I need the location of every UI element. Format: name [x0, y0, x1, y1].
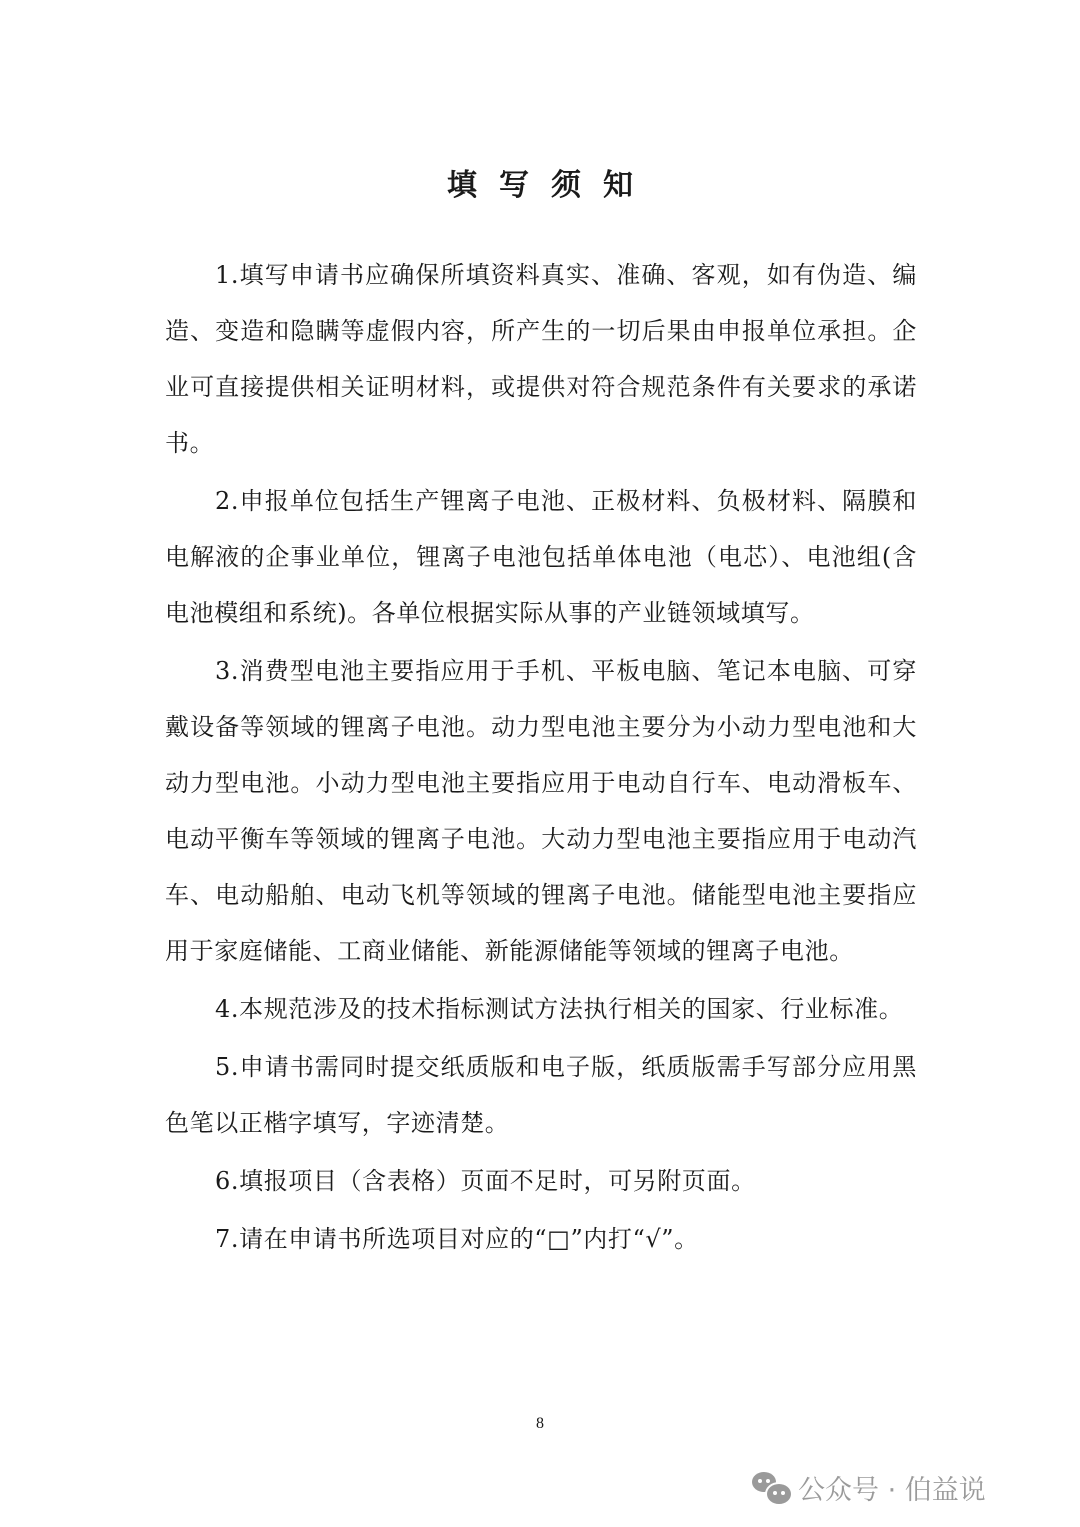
instruction-paragraph-5: 5.申请书需同时提交纸质版和电子版，纸质版需手写部分应用黑色笔以正楷字填写，字迹… — [165, 1039, 917, 1151]
page-title: 填写须知 — [0, 160, 1080, 204]
instruction-paragraph-4: 4.本规范涉及的技术指标测试方法执行相关的国家、行业标准。 — [165, 981, 917, 1037]
wechat-icon — [752, 1472, 790, 1504]
watermark: 公众号 · 伯益说 — [752, 1468, 986, 1507]
instruction-paragraph-6: 6.填报项目（含表格）页面不足时，可另附页面。 — [165, 1153, 917, 1209]
instruction-paragraph-7: 7.请在申请书所选项目对应的“□”内打“√”。 — [165, 1211, 917, 1267]
instruction-paragraph-2: 2.申报单位包括生产锂离子电池、正极材料、负极材料、隔膜和电解液的企事业单位，锂… — [165, 473, 917, 641]
instructions-body: 1.填写申请书应确保所填资料真实、准确、客观，如有伪造、编造、变造和隐瞒等虚假内… — [165, 247, 917, 1269]
instruction-paragraph-3: 3.消费型电池主要指应用于手机、平板电脑、笔记本电脑、可穿戴设备等领域的锂离子电… — [165, 643, 917, 979]
watermark-text: 公众号 · 伯益说 — [798, 1468, 986, 1507]
instruction-paragraph-1: 1.填写申请书应确保所填资料真实、准确、客观，如有伪造、编造、变造和隐瞒等虚假内… — [165, 247, 917, 471]
page-number: 8 — [0, 1415, 1080, 1433]
